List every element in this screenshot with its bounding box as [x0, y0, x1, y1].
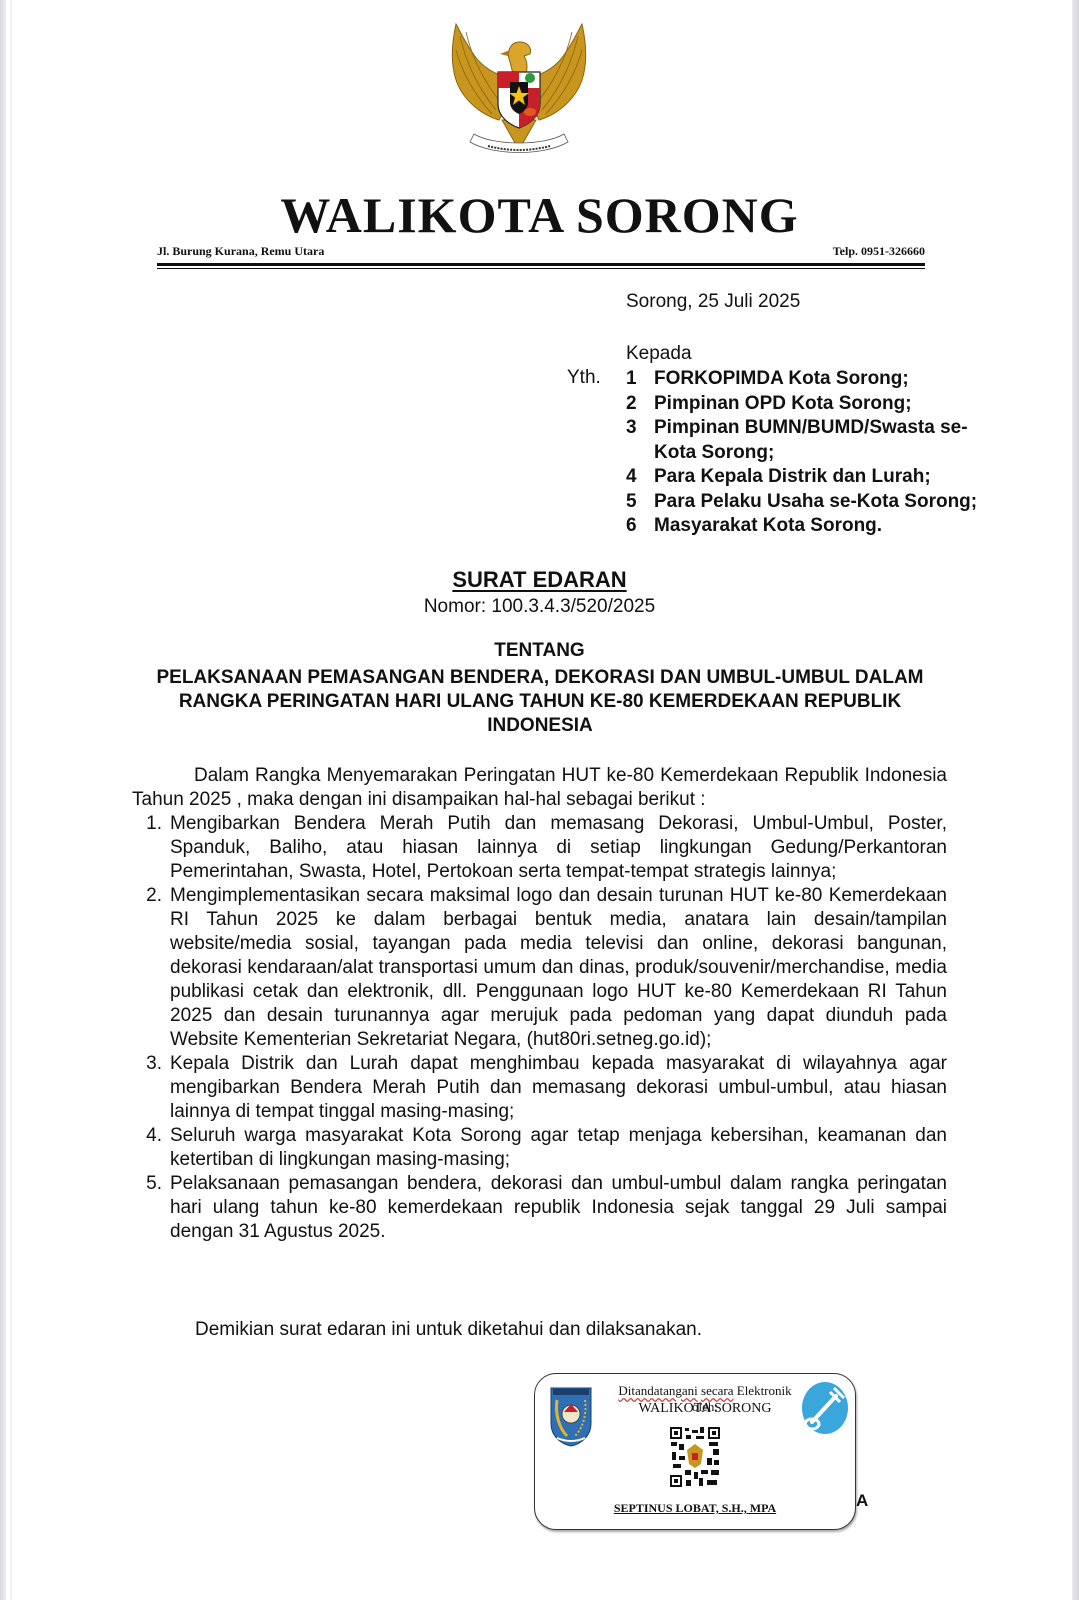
letterhead-address: Jl. Burung Kurana, Remu Utara	[157, 244, 324, 259]
recipient-number: 5	[626, 490, 654, 515]
recipient-item: 1 FORKOPIMDA Kota Sorong;	[626, 367, 1014, 392]
instruction-item: 3. Kepala Distrik dan Lurah dapat menghi…	[132, 1052, 947, 1124]
about-label: TENTANG	[0, 640, 1079, 662]
instruction-text: Seluruh warga masyarakat Kota Sorong aga…	[170, 1124, 947, 1172]
recipient-number: 6	[626, 514, 654, 539]
instruction-text: Pelaksanaan pemasangan bendera, dekorasi…	[170, 1172, 947, 1244]
closing-sentence: Demikian surat edaran ini untuk diketahu…	[195, 1319, 702, 1341]
garuda-emblem-icon	[444, 22, 594, 162]
signatory-name: SEPTINUS LOBAT, S.H., MPA	[535, 1501, 855, 1516]
letterhead-rule-thin	[157, 268, 925, 269]
signature-office: WALIKOTA SORONG	[605, 1401, 805, 1417]
recipient-text: Pimpinan OPD Kota Sorong;	[654, 392, 1014, 417]
instruction-text: Kepala Distrik dan Lurah dapat menghimba…	[170, 1052, 947, 1124]
letter-body: Dalam Rangka Menyemarakan Peringatan HUT…	[132, 764, 947, 1244]
instruction-number: 5.	[132, 1172, 170, 1244]
digital-key-icon	[800, 1380, 850, 1436]
recipient-number: 3	[626, 416, 654, 465]
circular-title: SURAT EDARAN	[0, 567, 1079, 593]
recipient-text: Para Pelaku Usaha se-Kota Sorong;	[654, 490, 1014, 515]
circular-number: Nomor: 100.3.4.3/520/2025	[0, 596, 1079, 618]
kota-sorong-logo-icon	[549, 1384, 593, 1448]
circular-title-text: SURAT EDARAN	[452, 567, 626, 592]
instruction-number: 1.	[132, 812, 170, 884]
recipient-list: 1 FORKOPIMDA Kota Sorong; 2 Pimpinan OPD…	[626, 367, 1014, 539]
instruction-number: 2.	[132, 884, 170, 1052]
recipient-item: 6 Masyarakat Kota Sorong.	[626, 514, 1014, 539]
salutation: Yth.	[567, 367, 601, 389]
intro-paragraph: Dalam Rangka Menyemarakan Peringatan HUT…	[132, 764, 947, 812]
recipient-text: Para Kepala Distrik dan Lurah;	[654, 465, 1014, 490]
instruction-number: 3.	[132, 1052, 170, 1124]
signature-trailing-text: A	[856, 1491, 868, 1511]
electronic-signature-box: Ditandatangani secara Elektronik oleh: W…	[534, 1373, 856, 1530]
instruction-item: 1. Mengibarkan Bendera Merah Putih dan m…	[132, 812, 947, 884]
recipient-item: 2 Pimpinan OPD Kota Sorong;	[626, 392, 1014, 417]
recipient-number: 1	[626, 367, 654, 392]
recipient-text: Masyarakat Kota Sorong.	[654, 514, 1014, 539]
instruction-item: 2. Mengimplementasikan secara maksimal l…	[132, 884, 947, 1052]
recipient-text: FORKOPIMDA Kota Sorong;	[654, 367, 1014, 392]
instruction-item: 4. Seluruh warga masyarakat Kota Sorong …	[132, 1124, 947, 1172]
letterhead-phone: Telp. 0951-326660	[833, 244, 925, 259]
letterhead-title: WALIKOTA SORONG	[0, 186, 1079, 244]
instruction-list: 1. Mengibarkan Bendera Merah Putih dan m…	[132, 812, 947, 1244]
instruction-text: Mengimplementasikan secara maksimal logo…	[170, 884, 947, 1052]
recipient-item: 4 Para Kepala Distrik dan Lurah;	[626, 465, 1014, 490]
recipient-item: 5 Para Pelaku Usaha se-Kota Sorong;	[626, 490, 1014, 515]
recipient-number: 4	[626, 465, 654, 490]
circular-subject: PELAKSANAAN PEMASANGAN BENDERA, DEKORASI…	[150, 666, 930, 738]
recipient-number: 2	[626, 392, 654, 417]
recipient-item: 3 Pimpinan BUMN/BUMD/Swasta se-Kota Soro…	[626, 416, 1014, 465]
instruction-number: 4.	[132, 1124, 170, 1172]
qr-code-icon	[669, 1426, 721, 1488]
recipient-text: Pimpinan BUMN/BUMD/Swasta se-Kota Sorong…	[654, 416, 994, 465]
place-date: Sorong, 25 Juli 2025	[626, 291, 800, 313]
instruction-text: Mengibarkan Bendera Merah Putih dan mema…	[170, 812, 947, 884]
instruction-item: 5. Pelaksanaan pemasangan bendera, dekor…	[132, 1172, 947, 1244]
letterhead-rule-thick	[157, 263, 925, 266]
to-label: Kepada	[626, 343, 692, 365]
